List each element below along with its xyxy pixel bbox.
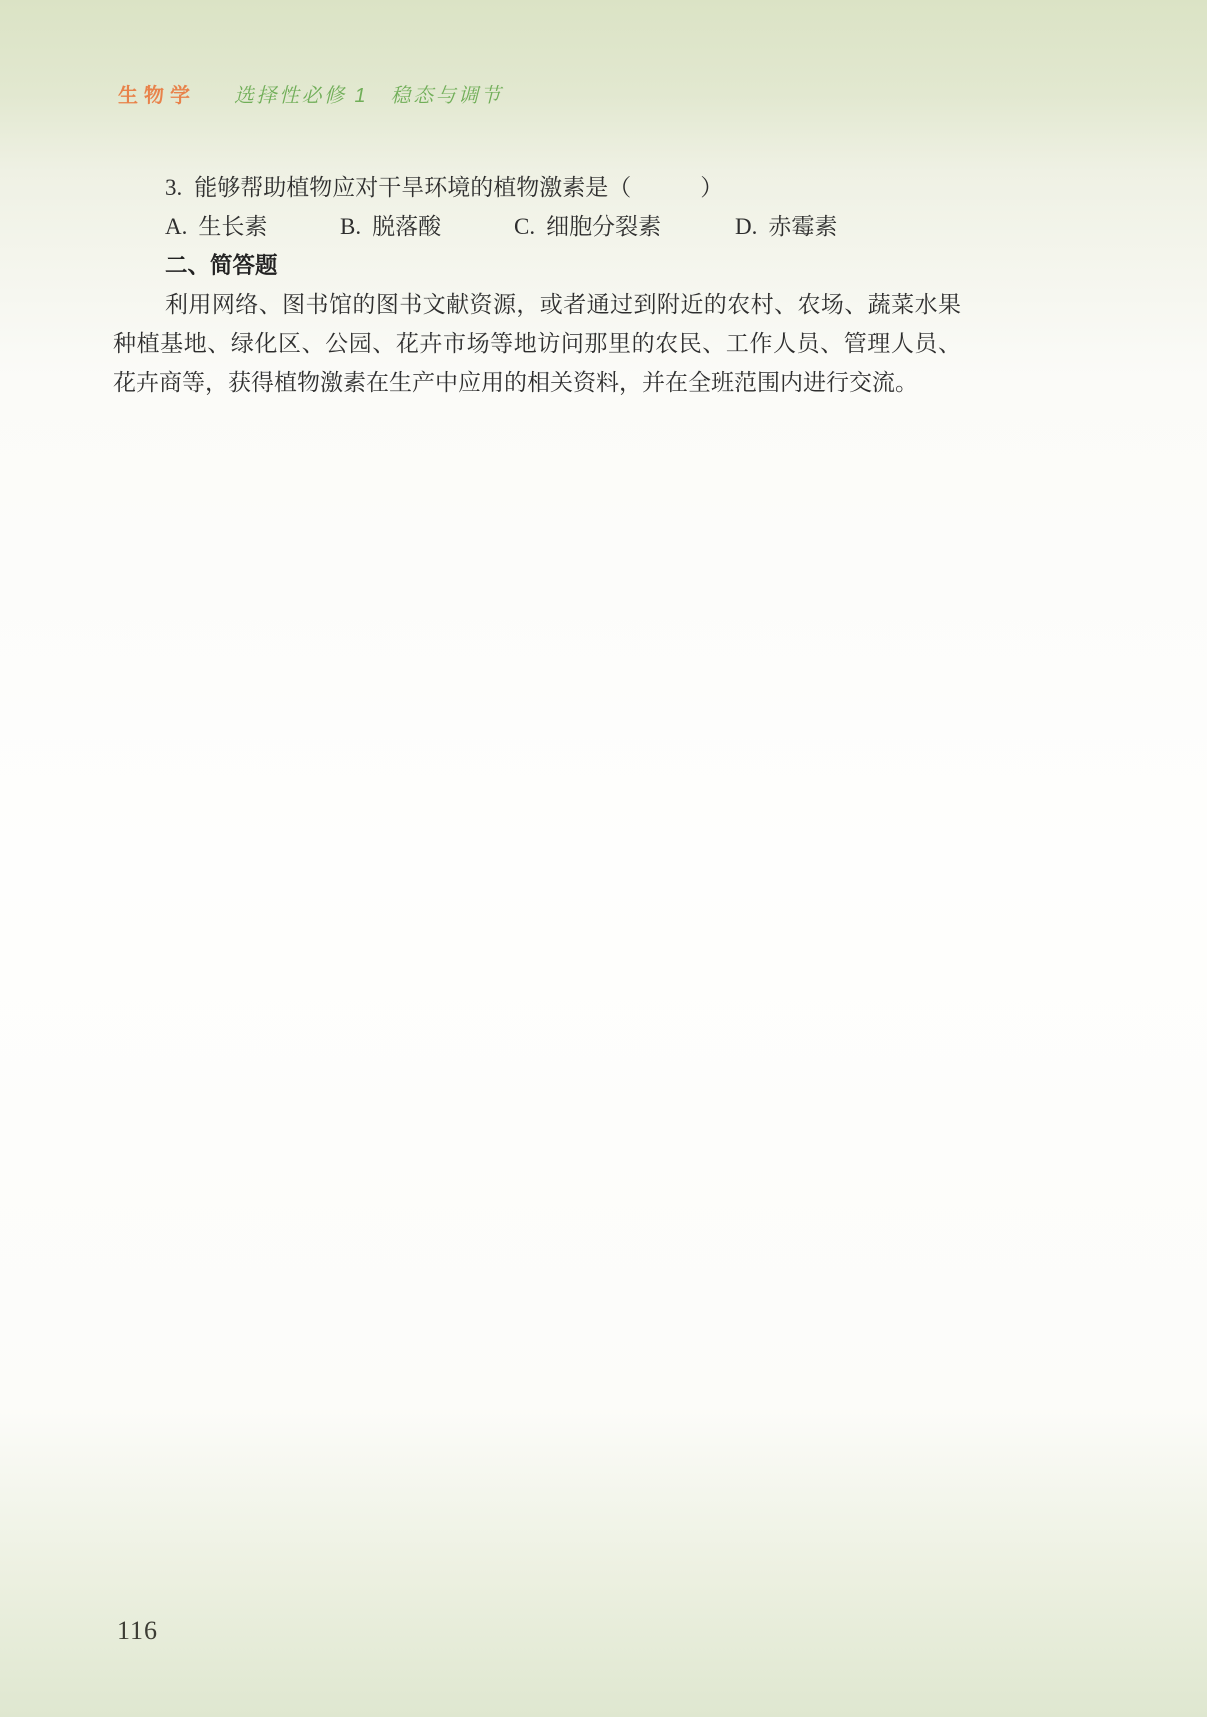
option-a-text: 生长素 bbox=[198, 214, 267, 239]
option-b-text: 脱落酸 bbox=[372, 214, 441, 239]
subject-title: 生物学 bbox=[118, 85, 196, 107]
option-b-label: B. bbox=[340, 214, 361, 239]
question-3: 3.能够帮助植物应对干旱环境的植物激素是（ ） bbox=[113, 168, 961, 207]
option-d-text: 赤霉素 bbox=[768, 214, 837, 239]
option-d: D.赤霉素 bbox=[735, 207, 837, 246]
option-d-label: D. bbox=[735, 214, 757, 239]
section-heading: 二、简答题 bbox=[113, 246, 961, 285]
option-c-text: 细胞分裂素 bbox=[546, 214, 661, 239]
option-c: C.细胞分裂素 bbox=[514, 207, 735, 246]
page-header: 生物学选择性必修 1 稳态与调节 bbox=[118, 84, 503, 108]
textbook-page: 生物学选择性必修 1 稳态与调节 3.能够帮助植物应对干旱环境的植物激素是（ ）… bbox=[0, 0, 1207, 1717]
option-b: B.脱落酸 bbox=[340, 207, 514, 246]
question-3-text: 能够帮助植物应对干旱环境的植物激素是（ ） bbox=[194, 175, 723, 200]
page-number: 116 bbox=[117, 1615, 158, 1647]
option-c-label: C. bbox=[514, 214, 535, 239]
section-paragraph: 利用网络、图书馆的图书文献资源，或者通过到附近的农村、农场、蔬菜水果种植基地、绿… bbox=[113, 285, 961, 402]
question-3-number: 3. bbox=[165, 175, 182, 200]
module-title: 选择性必修 1 稳态与调节 bbox=[234, 85, 503, 107]
question-3-options: A.生长素 B.脱落酸 C.细胞分裂素 D.赤霉素 bbox=[113, 207, 961, 246]
option-a-label: A. bbox=[165, 214, 187, 239]
option-a: A.生长素 bbox=[165, 207, 340, 246]
page-content: 3.能够帮助植物应对干旱环境的植物激素是（ ） A.生长素 B.脱落酸 C.细胞… bbox=[113, 168, 961, 402]
